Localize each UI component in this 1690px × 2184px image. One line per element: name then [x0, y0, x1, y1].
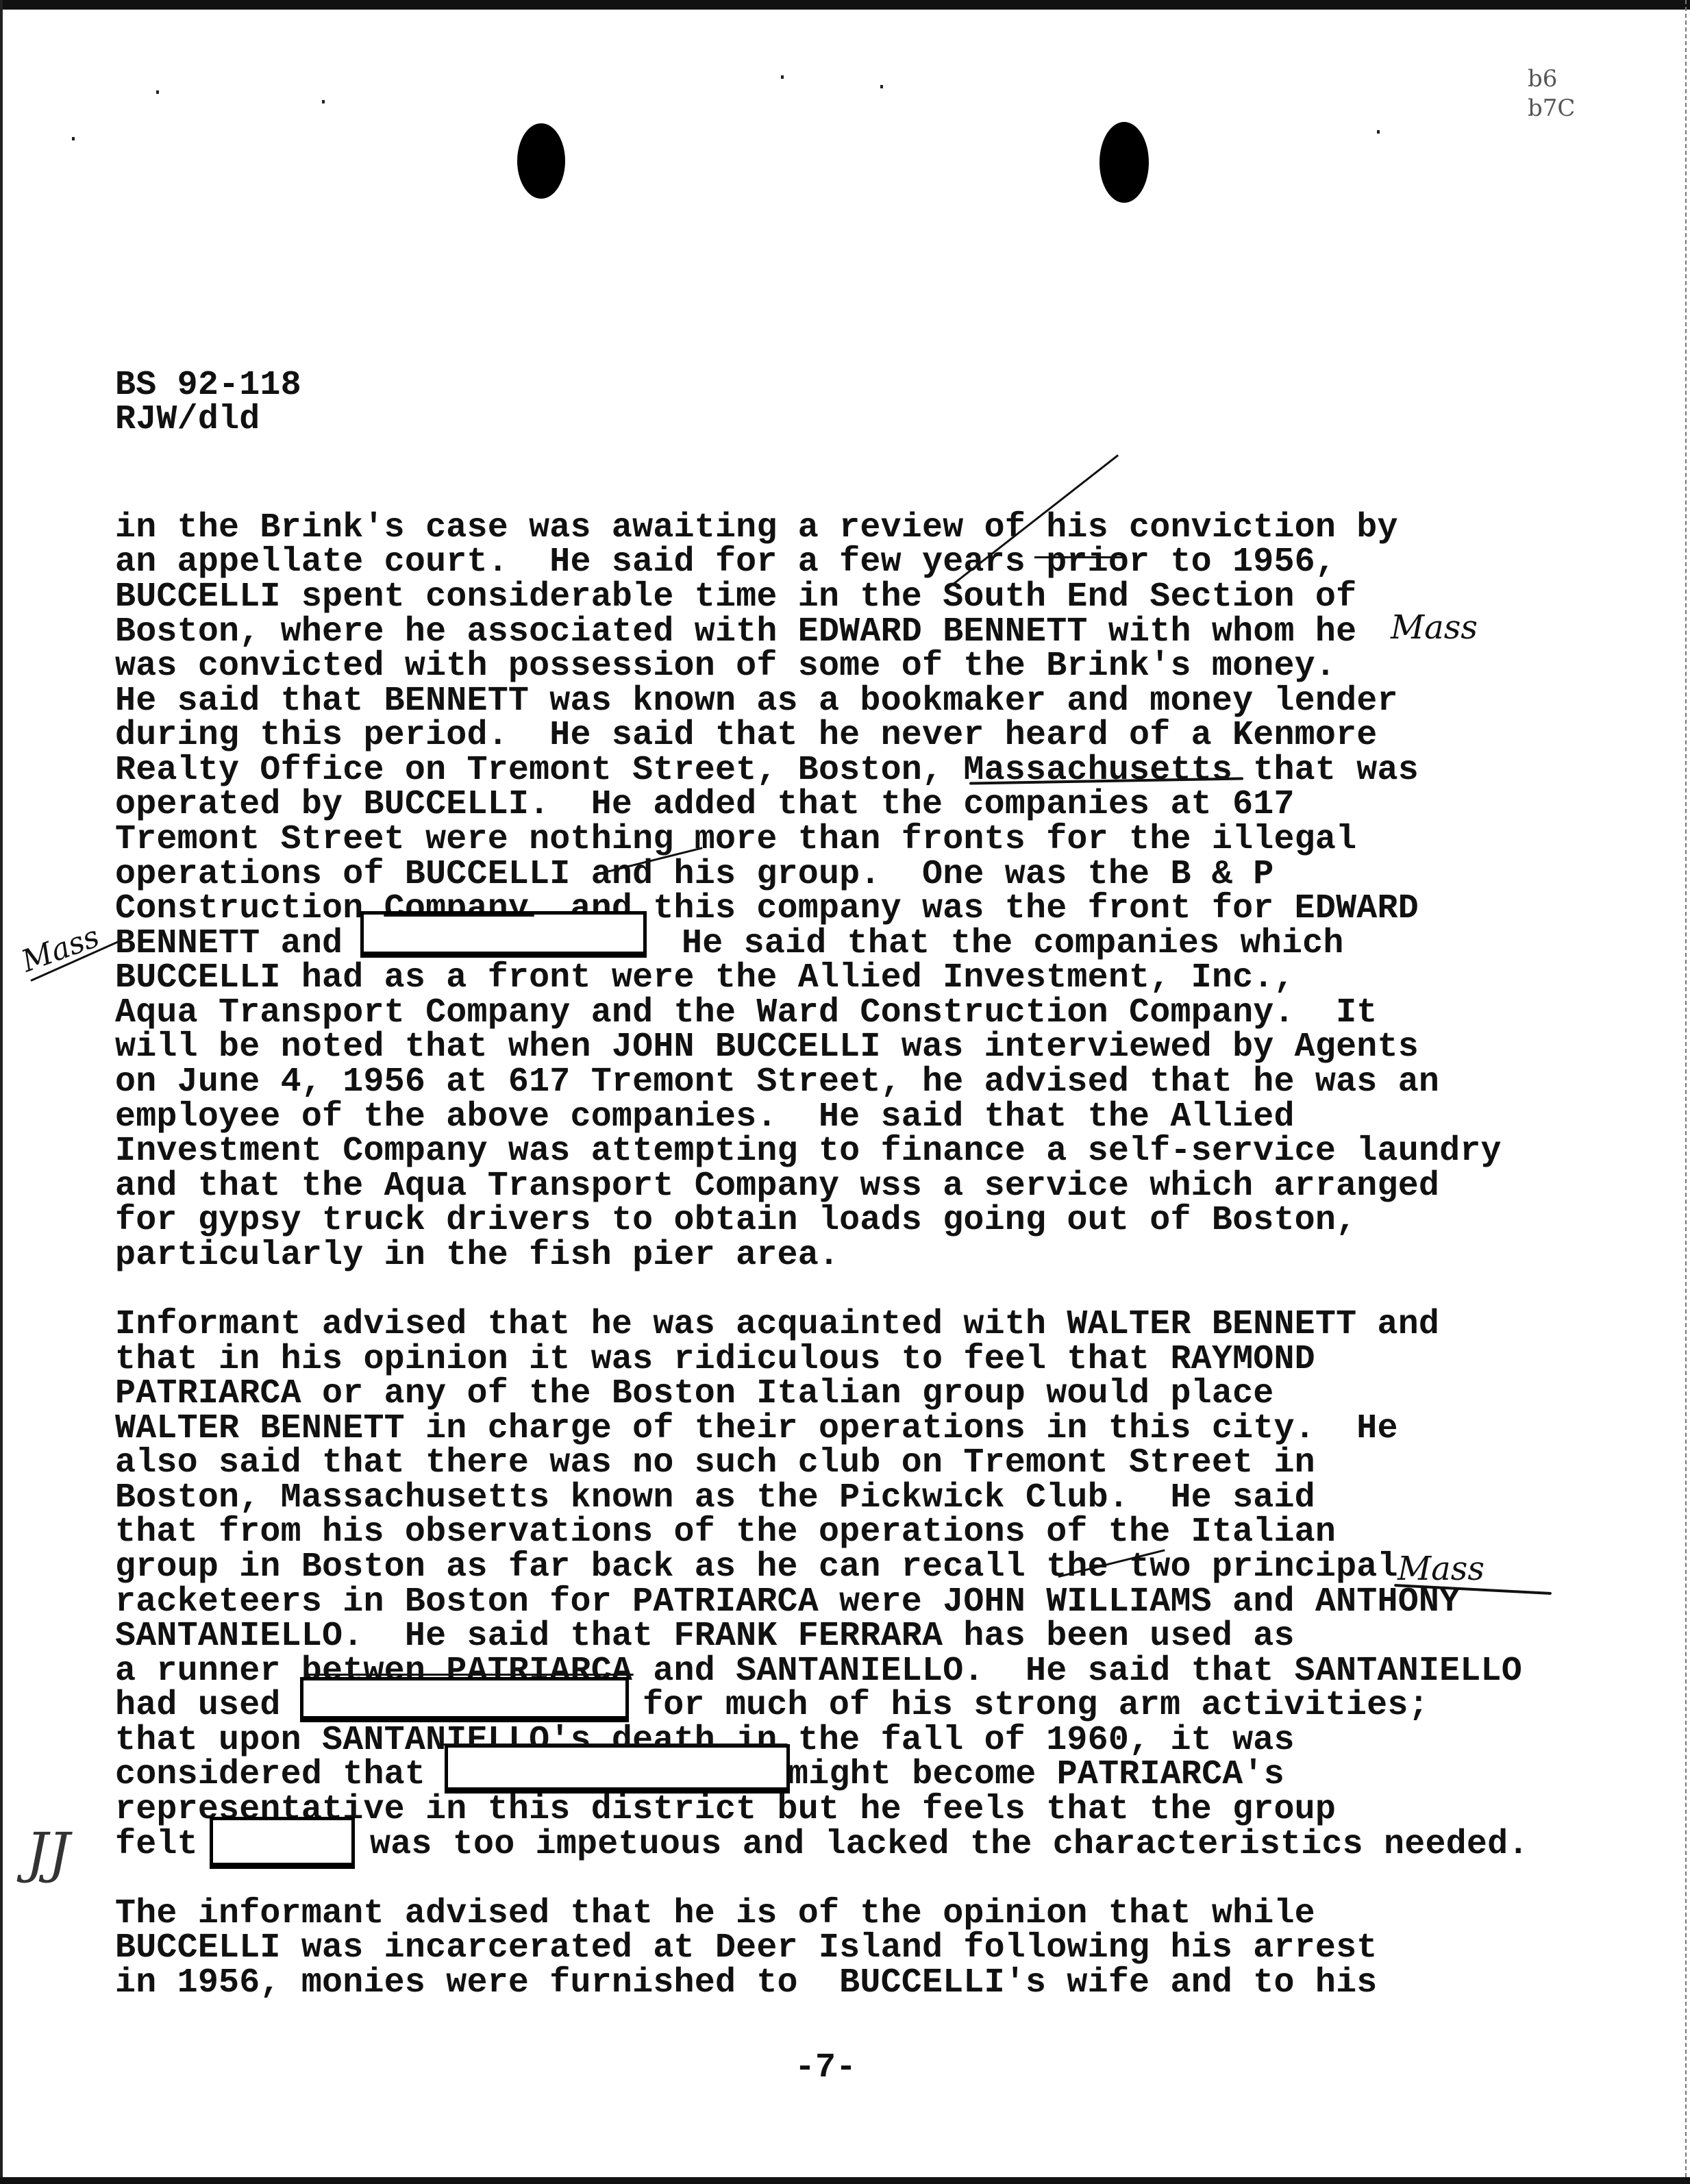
speck [1377, 130, 1380, 134]
text-line: BUCCELLI spent considerable time in the … [115, 580, 1356, 615]
text-line: operations of BUCCELLI and his group. On… [115, 858, 1273, 892]
text-line: and that the Aqua Transport Company wss … [115, 1169, 1439, 1204]
speck [781, 75, 784, 79]
underline-company [384, 915, 534, 917]
text-line: felt [115, 1828, 198, 1862]
handwritten-mass-2: Mass [17, 919, 104, 980]
text-line: operated by BUCCELLI. He added that the … [115, 788, 1295, 822]
redaction-box [300, 1677, 629, 1722]
redaction-box [210, 1817, 355, 1869]
exemption-code-b6: b6 [1528, 65, 1557, 92]
file-number: BS 92-118 [115, 369, 301, 403]
punch-hole-left [517, 123, 565, 199]
text-line: PATRIARCA or any of the Boston Italian g… [115, 1377, 1273, 1411]
text-line: Tremont Street were nothing more than fr… [115, 823, 1356, 857]
speck [322, 100, 325, 103]
scan-edge-left [0, 0, 3, 2184]
text-line: was convicted with possession of some of… [115, 649, 1336, 684]
text-line: an appellate court. He said for a few ye… [115, 545, 1336, 580]
text-line: BENNETT and [115, 927, 343, 961]
text-line: BUCCELLI was incarcerated at Deer Island… [115, 1931, 1378, 1965]
text-line: SANTANIELLO. He said that FRANK FERRARA … [115, 1620, 1295, 1654]
scan-edge-right [1685, 0, 1689, 2184]
text-line: had used [115, 1689, 281, 1723]
text-line: in 1956, monies were furnished to BUCCEL… [115, 1966, 1378, 2000]
text-line: Informant advised that he was acquainted… [115, 1308, 1439, 1342]
text-line: that from his observations of the operat… [115, 1515, 1336, 1550]
text-line: employee of the above companies. He said… [115, 1100, 1295, 1134]
text-line: particularly in the fish pier area. [115, 1239, 839, 1273]
text-line: considered that [115, 1758, 425, 1792]
underline-santaniello-death [438, 1744, 788, 1746]
text-line: will be noted that when JOHN BUCCELLI wa… [115, 1030, 1419, 1065]
text-line-continuation: for much of his strong arm activities; [643, 1689, 1429, 1723]
text-line: Realty Office on Tremont Street, Boston,… [115, 754, 1419, 788]
strikethrough-prior-to [1034, 556, 1123, 558]
text-line: Investment Company was attempting to fin… [115, 1134, 1502, 1169]
text-line: The informant advised that he is of the … [115, 1897, 1315, 1931]
typist-initials: RJW/dld [115, 403, 260, 437]
text-line: racketeers in Boston for PATRIARCA were … [115, 1585, 1460, 1620]
scan-edge-bottom [0, 2177, 1690, 2184]
text-line: that in his opinion it was ridiculous to… [115, 1343, 1315, 1377]
text-line: Boston, where he associated with EDWARD … [115, 615, 1356, 649]
text-line: during this period. He said that he neve… [115, 719, 1378, 753]
text-line: He said that BENNETT was known as a book… [115, 684, 1398, 719]
text-line: Aqua Transport Company and the Ward Cons… [115, 996, 1378, 1030]
exemption-code-b7c: b7C [1528, 95, 1575, 122]
text-line: Boston, Massachusetts known as the Pickw… [115, 1481, 1315, 1515]
text-line: for gypsy truck drivers to obtain loads … [115, 1204, 1356, 1238]
text-line: WALTER BENNETT in charge of their operat… [115, 1412, 1398, 1446]
redaction-box [360, 911, 647, 958]
page-number: -7- [795, 2048, 856, 2087]
scan-edge-top [0, 0, 1690, 10]
speck [156, 90, 159, 94]
handwritten-initials-margin: JJ [26, 1822, 81, 1884]
underline-betwen-patriarca [305, 1674, 634, 1676]
text-line: in the Brink's case was awaiting a revie… [115, 511, 1398, 545]
text-line: Construction Company, and this company w… [115, 892, 1419, 926]
text-line-continuation: He said that the companies which [682, 927, 1344, 961]
text-line: on June 4, 1956 at 617 Tremont Street, h… [115, 1065, 1439, 1100]
redaction-box [445, 1744, 790, 1794]
speck [880, 85, 883, 88]
document-page: b6 b7C BS 92-118 RJW/dld in the Brink's … [0, 0, 1690, 2184]
text-line-continuation: might become PATRIARCA's [788, 1758, 1284, 1792]
handwritten-mass-1: Mass [1391, 608, 1478, 647]
text-line: BUCCELLI had as a front were the Allied … [115, 961, 1295, 995]
text-line: group in Boston as far back as he can re… [115, 1550, 1398, 1585]
handwritten-mass-3: Mass [1397, 1550, 1484, 1588]
speck [72, 137, 75, 140]
punch-hole-right [1099, 122, 1149, 203]
text-line-continuation: was too impetuous and lacked the charact… [370, 1828, 1528, 1862]
text-line: also said that there was no such club on… [115, 1446, 1315, 1480]
